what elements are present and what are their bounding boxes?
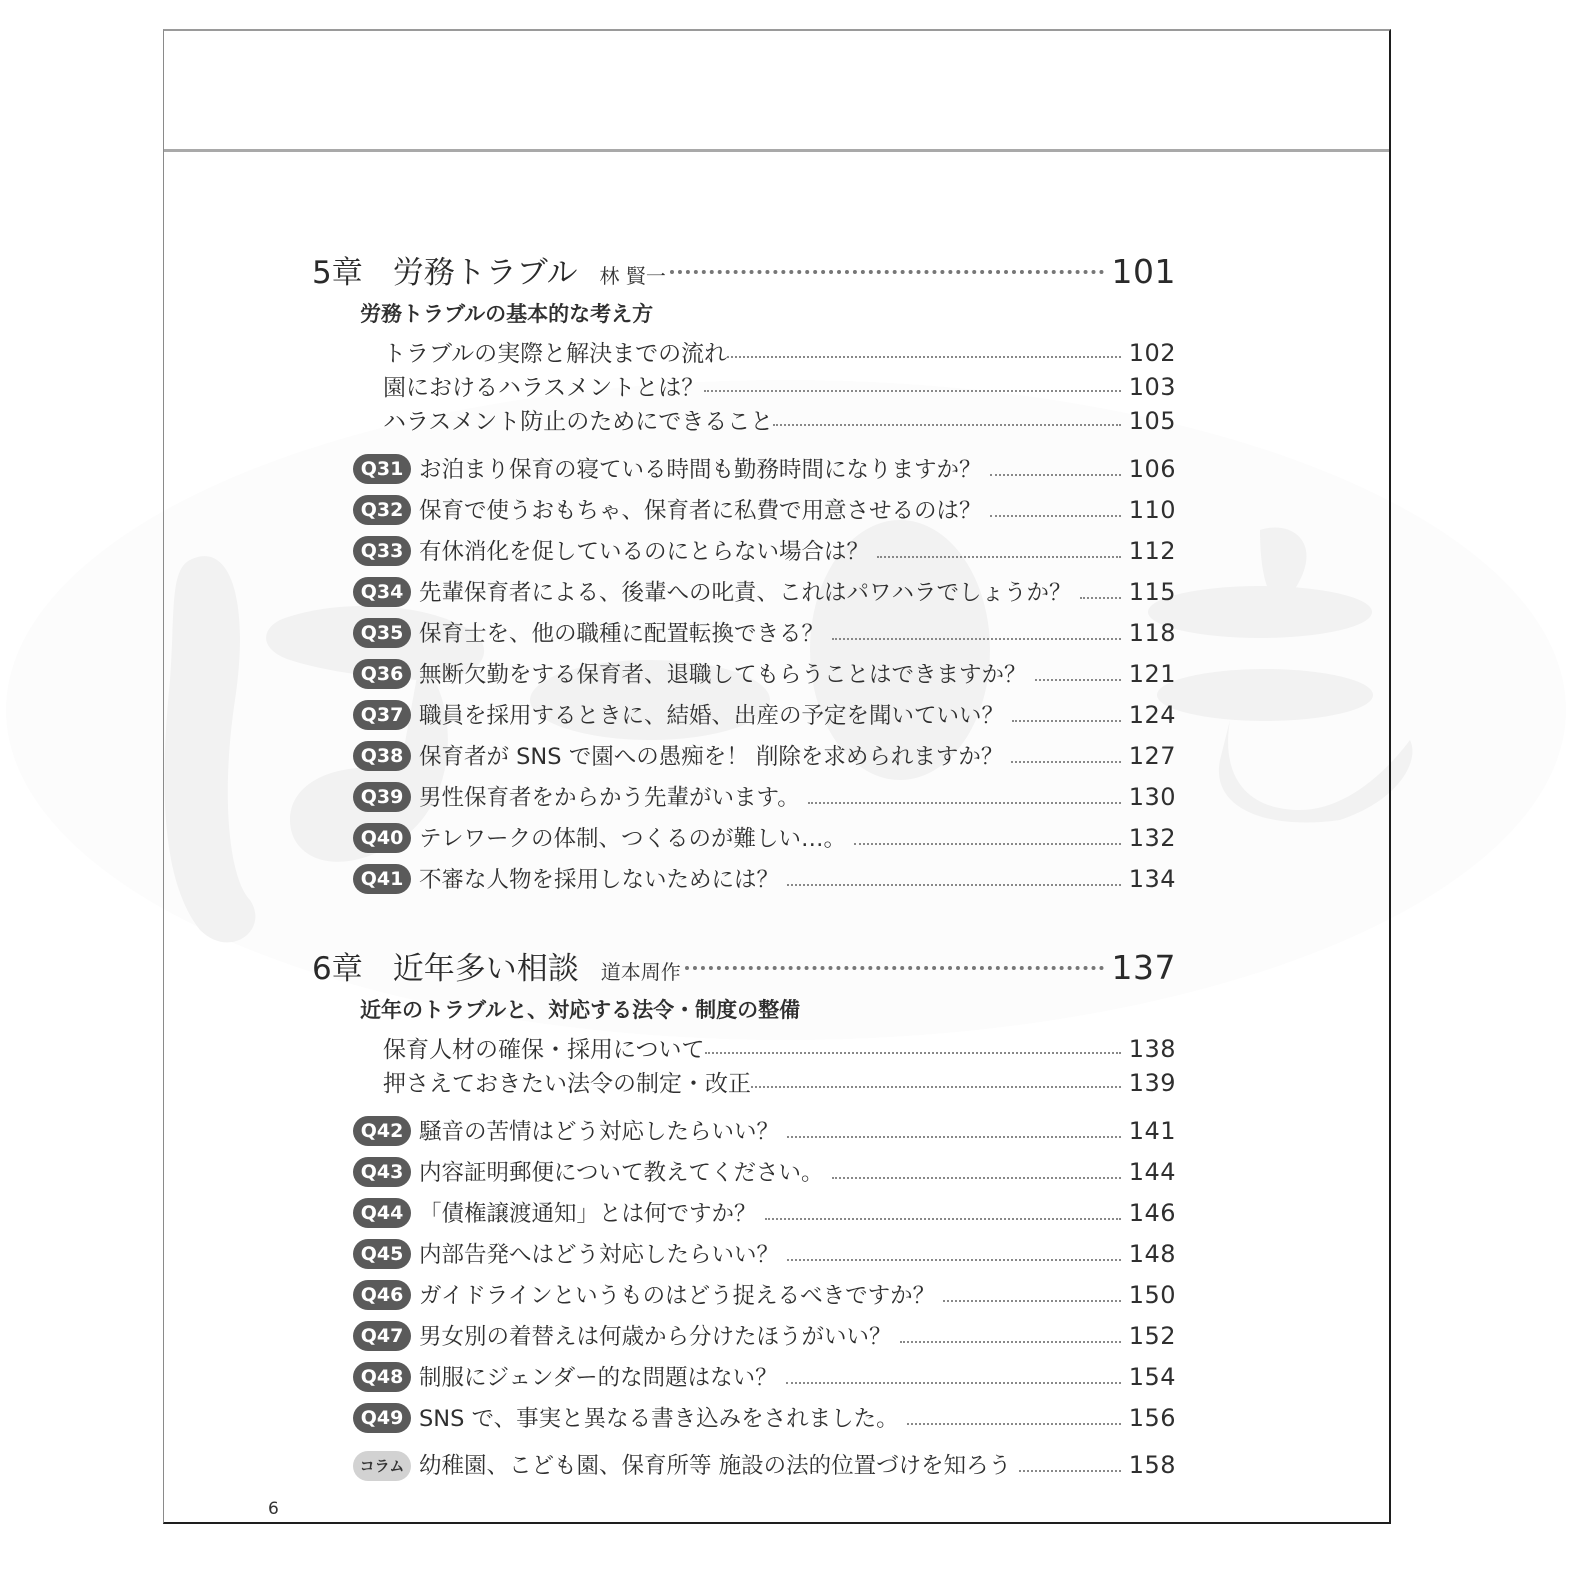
chapter-6-heading[interactable]: 6章 近年多い相談 道本周作 137	[312, 943, 1176, 988]
dot-leader	[787, 1258, 1121, 1261]
page-ref: 105	[1129, 407, 1176, 435]
toc-question[interactable]: Q46 ガイドラインというものはどう捉えるべきですか？ 150	[353, 1278, 1176, 1312]
question-title: 男女別の着替えは何歳から分けたほうがいい？	[419, 1319, 892, 1351]
dot-leader	[705, 1051, 1121, 1054]
page-ref: 101	[1112, 252, 1177, 291]
subsection-title: ハラスメント防止のためにできること	[383, 403, 773, 436]
page-ref: 144	[1129, 1158, 1176, 1186]
question-title: 保育者が SNS で園への愚痴を！ 削除を求められますか？	[419, 739, 1003, 771]
toc-question[interactable]: Q39 男性保育者をからかう先輩がいます。 130	[353, 780, 1176, 814]
page-ref: 132	[1129, 824, 1176, 852]
question-title: テレワークの体制、つくるのが難しい…。	[419, 821, 846, 853]
chapter-number: 6章	[312, 943, 363, 988]
question-badge: Q44	[353, 1198, 411, 1228]
column-badge: コラム	[353, 1451, 411, 1481]
question-title: お泊まり保育の寝ている時間も勤務時間になりますか？	[419, 452, 982, 484]
question-badge: Q37	[353, 700, 411, 730]
question-badge: Q48	[353, 1362, 411, 1392]
dot-leader	[765, 1217, 1121, 1220]
question-badge: Q46	[353, 1280, 411, 1310]
toc-subsection[interactable]: 押さえておきたい法令の制定・改正 139	[383, 1065, 1176, 1098]
dot-leader	[990, 514, 1121, 517]
dot-leader	[727, 355, 1121, 358]
question-title: ガイドラインというものはどう捉えるべきですか？	[419, 1278, 935, 1310]
dot-leader	[832, 1176, 1121, 1179]
dot-leader	[787, 883, 1121, 886]
question-badge: Q32	[353, 495, 411, 525]
dot-leader	[832, 637, 1121, 640]
page-ref: 134	[1129, 865, 1176, 893]
question-title: 不審な人物を採用しないためには？	[419, 862, 779, 894]
question-badge: Q41	[353, 864, 411, 894]
dot-leader	[787, 1135, 1121, 1138]
question-title: 保育で使うおもちゃ、保育者に私費で用意させるのは？	[419, 493, 982, 525]
dot-leader	[907, 1422, 1121, 1425]
page-ref: 158	[1129, 1451, 1176, 1479]
question-title: 内容証明郵便について教えてください。	[419, 1155, 824, 1187]
page-ref: 150	[1129, 1281, 1176, 1309]
subsection-title: 園におけるハラスメントとは？	[383, 369, 704, 402]
question-badge: Q43	[353, 1157, 411, 1187]
dot-leader	[704, 389, 1120, 392]
toc-question[interactable]: Q48 制服にジェンダー的な問題はない？ 154	[353, 1360, 1176, 1394]
page-ref: 102	[1129, 339, 1176, 367]
subsection-title: トラブルの実際と解決までの流れ	[383, 335, 727, 368]
question-title: 先輩保育者による、後輩への叱責、これはパワハラでしょうか？	[419, 575, 1072, 607]
page-ref: 121	[1129, 660, 1176, 688]
page-ref: 127	[1129, 742, 1176, 770]
question-title: 有休消化を促しているのにとらない場合は？	[419, 534, 869, 566]
question-title: 男性保育者をからかう先輩がいます。	[419, 780, 800, 812]
subsection-title: 押さえておきたい法令の制定・改正	[383, 1065, 751, 1098]
question-title: 「債権譲渡通知」とは何ですか？	[419, 1196, 757, 1228]
page-ref: 148	[1129, 1240, 1176, 1268]
toc-question[interactable]: Q49 SNS で、事実と異なる書き込みをされました。 156	[353, 1401, 1176, 1435]
page-ref: 103	[1129, 373, 1176, 401]
subsection-title: 保育人材の確保・採用について	[383, 1031, 705, 1064]
toc-question[interactable]: Q34 先輩保育者による、後輩への叱責、これはパワハラでしょうか？ 115	[353, 575, 1176, 609]
toc-question[interactable]: Q32 保育で使うおもちゃ、保育者に私費で用意させるのは？ 110	[353, 493, 1176, 527]
header-divider	[164, 149, 1389, 152]
page-ref: 146	[1129, 1199, 1176, 1227]
dot-leader	[1012, 719, 1121, 722]
page-ref: 152	[1129, 1322, 1176, 1350]
chapter-number: 5章	[312, 247, 363, 292]
toc-subsection[interactable]: 園におけるハラスメントとは？ 103	[383, 369, 1176, 402]
question-badge: Q38	[353, 741, 411, 771]
dot-leader	[943, 1299, 1121, 1302]
dot-leader	[808, 801, 1121, 804]
dot-leader	[854, 842, 1121, 845]
dot-leader	[900, 1340, 1121, 1343]
question-badge: Q39	[353, 782, 411, 812]
question-badge: Q42	[353, 1116, 411, 1146]
toc-question[interactable]: Q35 保育士を、他の職種に配置転換できる？ 118	[353, 616, 1176, 650]
toc-subsection[interactable]: 保育人材の確保・採用について 138	[383, 1031, 1176, 1064]
page-ref: 137	[1112, 948, 1177, 987]
question-badge: Q35	[353, 618, 411, 648]
dot-leader	[751, 1085, 1121, 1088]
question-badge: Q49	[353, 1403, 411, 1433]
dot-leader	[990, 473, 1121, 476]
page-ref: 138	[1129, 1035, 1176, 1063]
section-heading: 労務トラブルの基本的な考え方	[360, 298, 1176, 328]
page-ref: 112	[1129, 537, 1176, 565]
toc-question[interactable]: Q31 お泊まり保育の寝ている時間も勤務時間になりますか？ 106	[353, 452, 1176, 486]
toc-question[interactable]: Q38 保育者が SNS で園への愚痴を！ 削除を求められますか？ 127	[353, 739, 1176, 773]
toc-question[interactable]: Q36 無断欠勤をする保育者、退職してもらうことはできますか？ 121	[353, 657, 1176, 691]
dot-leader	[1080, 596, 1121, 599]
question-badge: Q31	[353, 454, 411, 484]
dot-leader	[1011, 760, 1120, 763]
page-ref: 130	[1129, 783, 1176, 811]
chapter-author: 道本周作	[601, 956, 681, 985]
toc-question[interactable]: Q43 内容証明郵便について教えてください。 144	[353, 1155, 1176, 1189]
section-title: 近年のトラブルと、対応する法令・制度の整備	[360, 994, 800, 1024]
dot-leader	[685, 965, 1104, 970]
toc-subsection[interactable]: トラブルの実際と解決までの流れ 102	[383, 335, 1176, 368]
chapter-title: 近年多い相談	[393, 943, 579, 988]
question-title: 騒音の苦情はどう対応したらいい？	[419, 1114, 779, 1146]
chapter-5-heading[interactable]: 5章 労務トラブル 林 賢一 101	[312, 247, 1176, 292]
question-badge: Q36	[353, 659, 411, 689]
book-page: 5章 労務トラブル 林 賢一 101 労務トラブルの基本的な考え方 トラブルの実…	[163, 29, 1391, 1524]
toc-question[interactable]: Q44 「債権譲渡通知」とは何ですか？ 146	[353, 1196, 1176, 1230]
toc-subsection[interactable]: ハラスメント防止のためにできること 105	[383, 403, 1176, 436]
toc-question[interactable]: Q37 職員を採用するときに、結婚、出産の予定を聞いていい？ 124	[353, 698, 1176, 732]
question-badge: Q47	[353, 1321, 411, 1351]
question-title: 無断欠勤をする保育者、退職してもらうことはできますか？	[419, 657, 1027, 689]
question-badge: Q40	[353, 823, 411, 853]
page-ref: 124	[1129, 701, 1176, 729]
question-title: 制服にジェンダー的な問題はない？	[419, 1360, 778, 1392]
toc-column[interactable]: コラム 幼稚園、こども園、保育所等 施設の法的位置づけを知ろう 158	[353, 1448, 1176, 1483]
page-ref: 110	[1129, 496, 1176, 524]
page-ref: 156	[1129, 1404, 1176, 1432]
dot-leader	[670, 269, 1104, 274]
toc-question[interactable]: Q41 不審な人物を採用しないためには？ 134	[353, 862, 1176, 896]
question-badge: Q45	[353, 1239, 411, 1269]
toc-question[interactable]: Q40 テレワークの体制、つくるのが難しい…。 132	[353, 821, 1176, 855]
question-badge: Q34	[353, 577, 411, 607]
page-ref: 115	[1129, 578, 1176, 606]
page-number: 6	[268, 1499, 279, 1519]
question-badge: Q33	[353, 536, 411, 566]
page-ref: 139	[1129, 1069, 1176, 1097]
page-ref: 106	[1129, 455, 1176, 483]
question-title: 内部告発へはどう対応したらいい？	[419, 1237, 779, 1269]
dot-leader	[773, 423, 1120, 426]
question-title: SNS で、事実と異なる書き込みをされました。	[419, 1401, 899, 1433]
section-title: 労務トラブルの基本的な考え方	[360, 298, 653, 328]
question-title: 職員を採用するときに、結婚、出産の予定を聞いていい？	[419, 698, 1004, 730]
dot-leader	[1019, 1469, 1121, 1472]
page-ref: 141	[1129, 1117, 1176, 1145]
column-title: 幼稚園、こども園、保育所等 施設の法的位置づけを知ろう	[419, 1448, 1011, 1480]
question-title: 保育士を、他の職種に配置転換できる？	[419, 616, 824, 648]
dot-leader	[1035, 678, 1121, 681]
toc-question[interactable]: Q45 内部告発へはどう対応したらいい？ 148	[353, 1237, 1176, 1271]
section-heading: 近年のトラブルと、対応する法令・制度の整備	[360, 994, 1176, 1024]
toc-question[interactable]: Q42 騒音の苦情はどう対応したらいい？ 141	[353, 1114, 1176, 1148]
page-ref: 154	[1129, 1363, 1176, 1391]
page-ref: 118	[1129, 619, 1176, 647]
toc-question[interactable]: Q33 有休消化を促しているのにとらない場合は？ 112	[353, 534, 1176, 568]
dot-leader	[786, 1381, 1121, 1384]
chapter-author: 林 賢一	[600, 260, 666, 289]
toc-question[interactable]: Q47 男女別の着替えは何歳から分けたほうがいい？ 152	[353, 1319, 1176, 1353]
chapter-title: 労務トラブル	[393, 247, 578, 292]
dot-leader	[877, 555, 1121, 558]
